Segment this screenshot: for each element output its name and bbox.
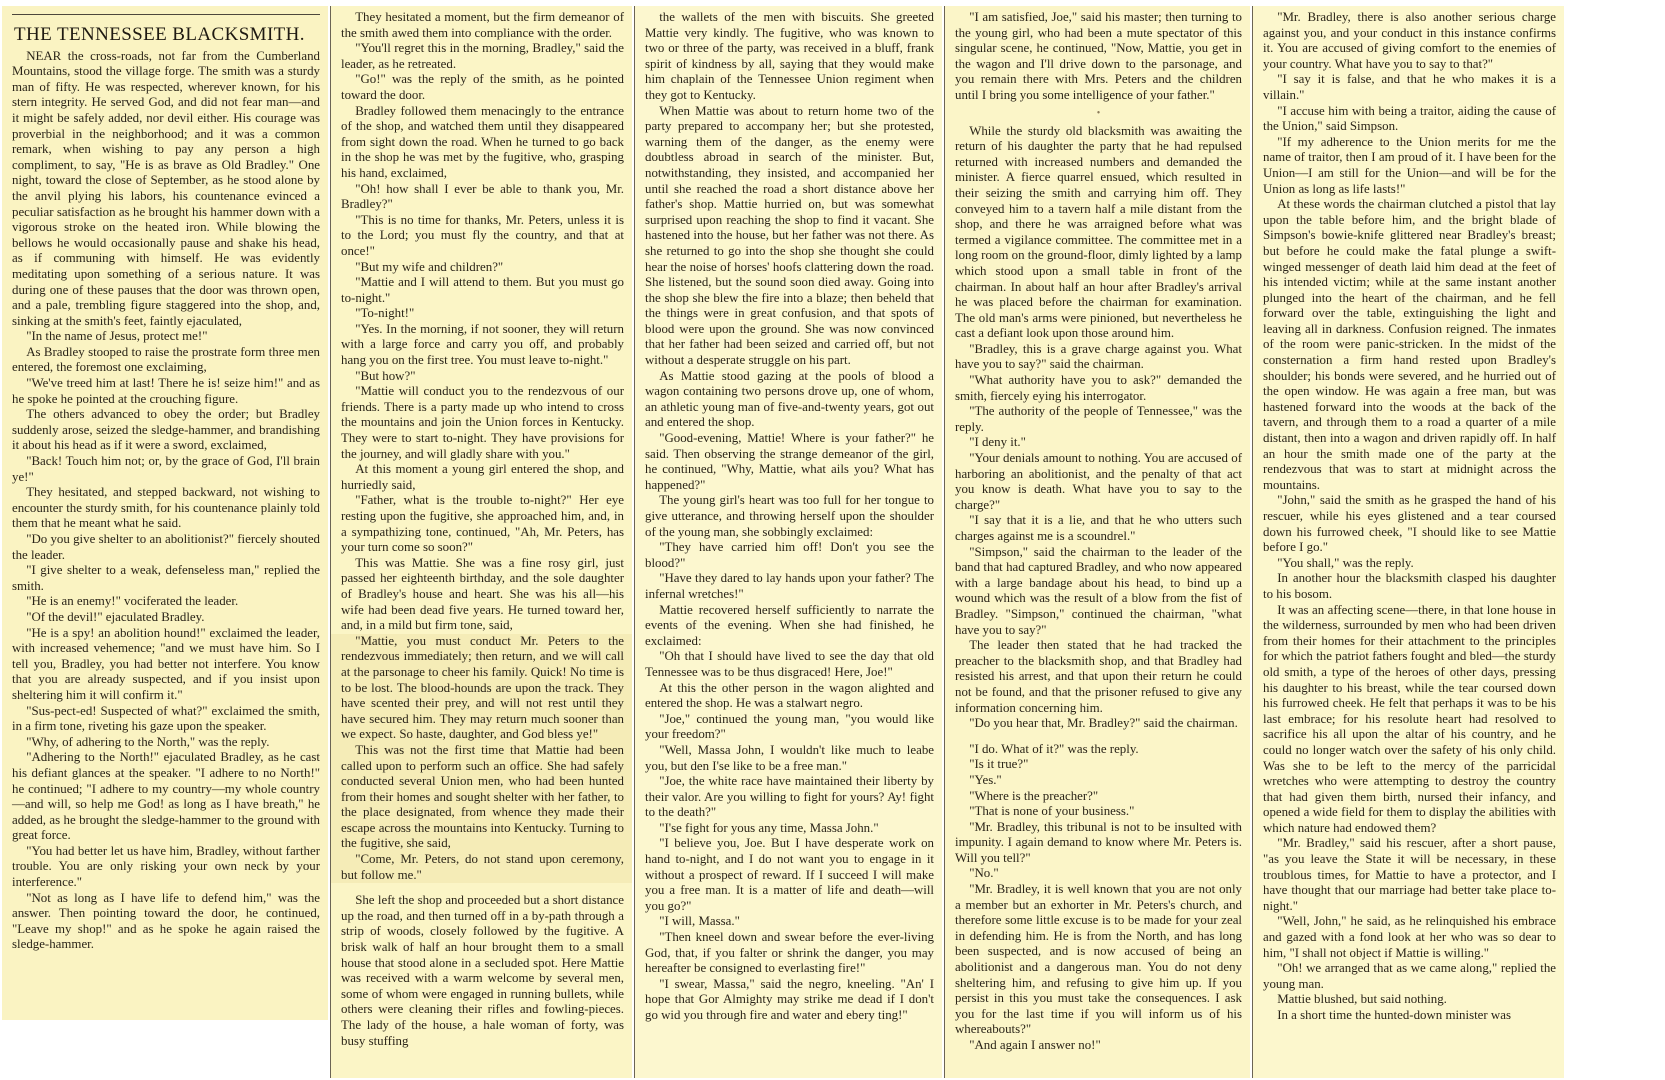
paragraph: "Mattie and I will attend to them. But y… bbox=[341, 275, 624, 306]
paragraph: "To-night!" bbox=[341, 306, 624, 322]
paragraph: "Mr. Bradley, there is also another seri… bbox=[1263, 10, 1556, 72]
paragraph: "Adhering to the North!" ejaculated Brad… bbox=[12, 750, 320, 844]
section-gap bbox=[955, 732, 1242, 742]
paragraph: "Mr. Bradley, this tribunal is not to be… bbox=[955, 820, 1242, 867]
newspaper-page: THE TENNESSEE BLACKSMITH. NEAR the cross… bbox=[0, 0, 1665, 1080]
paragraph: "Yes. In the morning, if not sooner, the… bbox=[341, 322, 624, 369]
article-column-5: "Mr. Bradley, there is also another seri… bbox=[1252, 6, 1564, 1078]
paragraph: "Mr. Bradley, it is well known that you … bbox=[955, 882, 1242, 1038]
paragraph: "In the name of Jesus, protect me!" bbox=[12, 329, 320, 345]
paragraph: "Not as long as I have life to defend hi… bbox=[12, 891, 320, 953]
paragraph: "I am satisfied, Joe," said his master; … bbox=[955, 10, 1242, 104]
paragraph: "You had better let us have him, Bradley… bbox=[12, 844, 320, 891]
paragraph: The others advanced to obey the order; b… bbox=[12, 407, 320, 454]
paragraph: "Sus-pect-ed! Suspected of what?" exclai… bbox=[12, 704, 320, 735]
paragraph: "Bradley, this is a grave charge against… bbox=[955, 342, 1242, 373]
paragraph: She left the shop and proceeded but a sh… bbox=[341, 893, 624, 1049]
paragraph: "Oh that I should have lived to see the … bbox=[645, 649, 934, 680]
paragraph: At this moment a young girl entered the … bbox=[341, 462, 624, 493]
paragraph: Mattie blushed, but said nothing. bbox=[1263, 992, 1556, 1008]
paragraph: They hesitated a moment, but the firm de… bbox=[341, 10, 624, 41]
paragraph: "Go!" was the reply of the smith, as he … bbox=[341, 72, 624, 103]
paragraph: "We've treed him at last! There he is! s… bbox=[12, 376, 320, 407]
header-rule bbox=[12, 14, 320, 15]
paragraph: "You'll regret this in the morning, Brad… bbox=[341, 41, 624, 72]
paragraph: "Where is the preacher?" bbox=[955, 789, 1242, 805]
paragraph: "Mattie, you must conduct Mr. Peters to … bbox=[341, 634, 624, 743]
paragraph: "Then kneel down and swear before the ev… bbox=[645, 930, 934, 977]
paragraph: "Father, what is the trouble to-night?" … bbox=[341, 493, 624, 555]
paragraph: "John," said the smith as he grasped the… bbox=[1263, 493, 1556, 555]
section-gap bbox=[341, 883, 624, 893]
article-title: THE TENNESSEE BLACKSMITH. bbox=[14, 27, 320, 43]
article-column-4: "I am satisfied, Joe," said his master; … bbox=[944, 6, 1250, 1078]
paragraph: At this the other person in the wagon al… bbox=[645, 681, 934, 712]
paragraph: "I swear, Massa," said the negro, kneeli… bbox=[645, 977, 934, 1024]
paragraph: This was not the first time that Mattie … bbox=[341, 743, 624, 852]
paragraph: "I will, Massa." bbox=[645, 914, 934, 930]
paragraph: "Do you hear that, Mr. Bradley?" said th… bbox=[955, 716, 1242, 732]
paragraph: "This is no time for thanks, Mr. Peters,… bbox=[341, 213, 624, 260]
shaded-passage: "Mattie, you must conduct Mr. Peters to … bbox=[331, 634, 632, 884]
paragraph: "Your denials amount to nothing. You are… bbox=[955, 451, 1242, 513]
paragraph: "Oh! how shall I ever be able to thank y… bbox=[341, 182, 624, 213]
paragraph: "Do you give shelter to an abolitionist?… bbox=[12, 532, 320, 563]
paragraph: While the sturdy old blacksmith was awai… bbox=[955, 124, 1242, 342]
paragraph: "I accuse him with being a traitor, aidi… bbox=[1263, 104, 1556, 135]
paragraph: "Is it true?" bbox=[955, 757, 1242, 773]
paragraph: When Mattie was about to return home two… bbox=[645, 104, 934, 369]
paragraph: "I'se fight for yous any time, Massa Joh… bbox=[645, 821, 934, 837]
paragraph: "No." bbox=[955, 866, 1242, 882]
paragraph: "Well, John," he said, as he relinquishe… bbox=[1263, 914, 1556, 961]
paragraph: "Simpson," said the chairman to the lead… bbox=[955, 545, 1242, 639]
paragraph: As Bradley stooped to raise the prostrat… bbox=[12, 345, 320, 376]
paragraph: "Of the devil!" ejaculated Bradley. bbox=[12, 610, 320, 626]
paragraph: "I deny it." bbox=[955, 435, 1242, 451]
paragraph: the wallets of the men with biscuits. Sh… bbox=[645, 10, 934, 104]
paragraph: At these words the chairman clutched a p… bbox=[1263, 197, 1556, 493]
paragraph: "Come, Mr. Peters, do not stand upon cer… bbox=[341, 852, 624, 883]
paragraph: "Good-evening, Mattie! Where is your fat… bbox=[645, 431, 934, 493]
paragraph: "Well, Massa John, I wouldn't like much … bbox=[645, 743, 934, 774]
paragraph: "I do. What of it?" was the reply. bbox=[955, 742, 1242, 758]
paragraph: Bradley followed them menacingly to the … bbox=[341, 104, 624, 182]
paragraph: "But my wife and children?" bbox=[341, 260, 624, 276]
section-break-mark: • bbox=[955, 104, 1242, 124]
paragraph: "I give shelter to a weak, defenseless m… bbox=[12, 563, 320, 594]
paragraph: The young girl's heart was too full for … bbox=[645, 493, 934, 540]
paragraph: "They have carried him off! Don't you se… bbox=[645, 540, 934, 571]
article-column-3: the wallets of the men with biscuits. Sh… bbox=[634, 6, 942, 1078]
paragraph: They hesitated, and stepped backward, no… bbox=[12, 485, 320, 532]
paragraph: This was Mattie. She was a fine rosy gir… bbox=[341, 556, 624, 634]
paragraph: "I believe you, Joe. But I have desperat… bbox=[645, 836, 934, 914]
paragraph: "Mr. Bradley," said his rescuer, after a… bbox=[1263, 836, 1556, 914]
article-column-1: THE TENNESSEE BLACKSMITH. NEAR the cross… bbox=[2, 6, 328, 1020]
paragraph: It was an affecting scene—there, in that… bbox=[1263, 603, 1556, 837]
paragraph: In another hour the blacksmith clasped h… bbox=[1263, 571, 1556, 602]
paragraph: "Joe, the white race have maintained the… bbox=[645, 774, 934, 821]
paragraph: "I say it is false, and that he who make… bbox=[1263, 72, 1556, 103]
paragraph: The leader then stated that he had track… bbox=[955, 638, 1242, 716]
paragraph: "He is an enemy!" vociferated the leader… bbox=[12, 594, 320, 610]
paragraph: "Oh! we arranged that as we came along,"… bbox=[1263, 961, 1556, 992]
paragraph: As Mattie stood gazing at the pools of b… bbox=[645, 369, 934, 431]
paragraph: "You shall," was the reply. bbox=[1263, 556, 1556, 572]
paragraph: In a short time the hunted-down minister… bbox=[1263, 1008, 1556, 1024]
paragraph: "Mattie will conduct you to the rendezvo… bbox=[341, 384, 624, 462]
paragraph: "And again I answer no!" bbox=[955, 1038, 1242, 1054]
paragraph: "What authority have you to ask?" demand… bbox=[955, 373, 1242, 404]
paragraph: "I say that it is a lie, and that he who… bbox=[955, 513, 1242, 544]
paragraph: "The authority of the people of Tennesse… bbox=[955, 404, 1242, 435]
paragraph: "Why, of adhering to the North," was the… bbox=[12, 735, 320, 751]
paragraph: NEAR the cross-roads, not far from the C… bbox=[12, 49, 320, 330]
paragraph: "Joe," continued the young man, "you wou… bbox=[645, 712, 934, 743]
paragraph: "That is none of your business." bbox=[955, 804, 1242, 820]
paragraph: "If my adherence to the Union merits for… bbox=[1263, 135, 1556, 197]
paragraph: Mattie recovered herself sufficiently to… bbox=[645, 603, 934, 650]
paragraph: "Back! Touch him not; or, by the grace o… bbox=[12, 454, 320, 485]
paragraph: "But how?" bbox=[341, 369, 624, 385]
paragraph: "Have they dared to lay hands upon your … bbox=[645, 571, 934, 602]
paragraph: "He is a spy! an abolition hound!" excla… bbox=[12, 626, 320, 704]
article-column-2: They hesitated a moment, but the firm de… bbox=[330, 6, 632, 1078]
paragraph: "Yes." bbox=[955, 773, 1242, 789]
